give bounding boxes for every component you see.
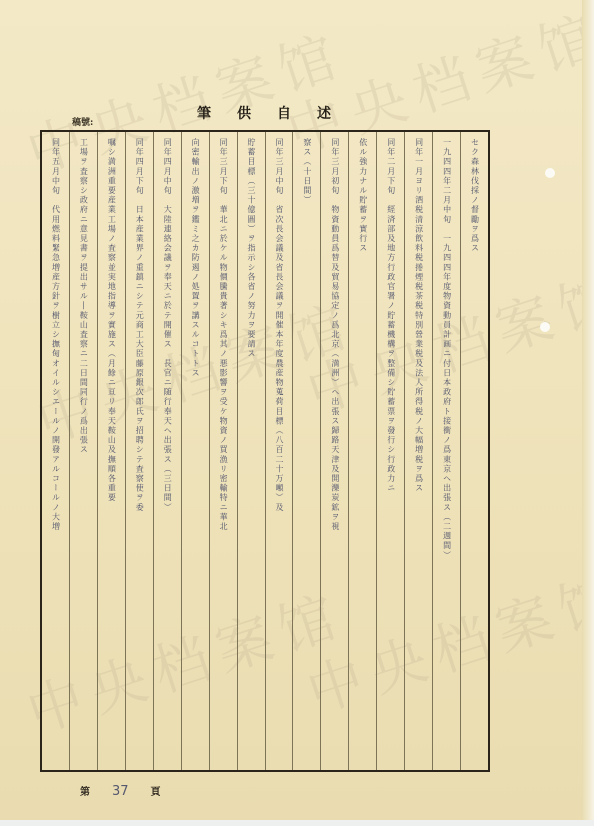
file-number-label: 稿號: xyxy=(72,115,93,128)
text-column: 依ル強力ナル貯蓄ヲ實行ス xyxy=(348,132,376,770)
text-column: 同年一月ヨリ酒税清涼飲料税捲煙税茶税特別營業税及法人所得税ノ大幅増税ヲ爲ス xyxy=(404,132,432,770)
handwritten-line: 同年四月下旬 日本産業界ノ重鎮ニシテ元商工大臣藤原銀次郎氏ヲ招聘シテ査察使ヲ委 xyxy=(135,138,143,770)
handwritten-line: 同年五月中旬 代用燃料緊急増産方針ヲ樹立シ撫甸オイルシエールノ開發アルコールノ大… xyxy=(51,138,59,770)
handwritten-line: 同年三月初旬 物資動員爲替及貿易協定ノ爲北京（満洲）ヘ出張ス歸路天津及開灤炭鉱ヲ… xyxy=(331,138,339,770)
footer-suffix: 頁 xyxy=(151,787,161,798)
binding-hole-bottom xyxy=(540,322,550,332)
handwritten-line: 同年四月中旬 大陸連絡会議ヲ奉天ニ於テ開催ス 長官ニ随行奉天ヘ出張ス（三日間） xyxy=(163,138,171,770)
text-column: 同年四月中旬 大陸連絡会議ヲ奉天ニ於テ開催ス 長官ニ随行奉天ヘ出張ス（三日間） xyxy=(153,132,181,770)
handwritten-line: 依ル強力ナル貯蓄ヲ實行ス xyxy=(359,138,367,770)
text-column: 向密輸出ノ激増ヲ鑑ミ之カ防遏ノ処置ヲ講スルコトトス xyxy=(181,132,209,770)
ruled-text-table: セク森林伐採ノ督勵ヲ爲ス一九四四年二月中旬 一九四四年度物資動員計画ニ付日本政府… xyxy=(40,130,490,772)
handwritten-line: 向密輸出ノ激増ヲ鑑ミ之カ防遏ノ処置ヲ講スルコトトス xyxy=(191,138,199,770)
binding-hole-top xyxy=(545,168,555,178)
text-column: 工場ヲ査察シ政府ニ意見書ヲ提出サル―鞍山査察ニ二日間同行ノ爲出張ス xyxy=(69,132,97,770)
handwritten-line: 察ス（十日間） xyxy=(303,138,311,770)
text-column: セク森林伐採ノ督勵ヲ爲ス xyxy=(460,132,488,770)
handwritten-line: 嘱シ満洲重要産業工場ノ査察並実地指導ヲ實施ス（月餘ニ亘リ奉天鞍山及撫順各重要 xyxy=(107,138,115,770)
handwritten-line: 同年三月中旬 省次長会議及省長会議ヲ開催本年度農産物蒐荷目標（八百二十万噸）及 xyxy=(275,138,283,770)
text-column: 同年五月中旬 代用燃料緊急増産方針ヲ樹立シ撫甸オイルシエールノ開發アルコールノ大… xyxy=(42,132,69,770)
handwritten-line: 貯蓄目標（三十億圓）ヲ指示シ各省ノ努力ヲ要請ス xyxy=(247,138,255,770)
handwritten-line: 同年一月ヨリ酒税清涼飲料税捲煙税茶税特別營業税及法人所得税ノ大幅増税ヲ爲ス xyxy=(415,138,423,770)
handwritten-line: 同年二月下旬 經済部及地方行政官署ノ貯蓄機構ヲ整備シ貯蓄票ヲ發行シ行政力ニ xyxy=(387,138,395,770)
text-column: 貯蓄目標（三十億圓）ヲ指示シ各省ノ努力ヲ要請ス xyxy=(237,132,265,770)
text-column: 一九四四年二月中旬 一九四四年度物資動員計画ニ付日本政府ト接衝ノ爲東京ヘ出張ス（… xyxy=(432,132,460,770)
text-column: 嘱シ満洲重要産業工場ノ査察並実地指導ヲ實施ス（月餘ニ亘リ奉天鞍山及撫順各重要 xyxy=(97,132,125,770)
handwritten-line: 一九四四年二月中旬 一九四四年度物資動員計画ニ付日本政府ト接衝ノ爲東京ヘ出張ス（… xyxy=(443,138,451,770)
document-title: 筆供自述 xyxy=(197,103,357,123)
bottom-edge xyxy=(0,820,594,826)
page-number: 37 xyxy=(112,784,129,799)
handwritten-line: セク森林伐採ノ督勵ヲ爲ス xyxy=(471,138,479,770)
text-column: 察ス（十日間） xyxy=(292,132,320,770)
text-column: 同年三月中旬 省次長会議及省長会議ヲ開催本年度農産物蒐荷目標（八百二十万噸）及 xyxy=(265,132,293,770)
text-column: 同年三月初旬 物資動員爲替及貿易協定ノ爲北京（満洲）ヘ出張ス歸路天津及開灤炭鉱ヲ… xyxy=(320,132,348,770)
text-column: 同年二月下旬 經済部及地方行政官署ノ貯蓄機構ヲ整備シ貯蓄票ヲ發行シ行政力ニ xyxy=(376,132,404,770)
footer-prefix: 第 xyxy=(80,787,90,798)
page-edge xyxy=(582,0,594,826)
handwritten-line: 同年三月下旬 華北ニ於ケル物價騰貴著シキ爲其ノ悪影響ヲ受ケ物資ノ買漁リ密輸特ニ華… xyxy=(219,138,227,770)
text-column: 同年四月下旬 日本産業界ノ重鎮ニシテ元商工大臣藤原銀次郎氏ヲ招聘シテ査察使ヲ委 xyxy=(125,132,153,770)
page-footer: 第37頁 xyxy=(80,783,161,799)
text-column: 同年三月下旬 華北ニ於ケル物價騰貴著シキ爲其ノ悪影響ヲ受ケ物資ノ買漁リ密輸特ニ華… xyxy=(209,132,237,770)
handwritten-line: 工場ヲ査察シ政府ニ意見書ヲ提出サル―鞍山査察ニ二日間同行ノ爲出張ス xyxy=(79,138,87,770)
